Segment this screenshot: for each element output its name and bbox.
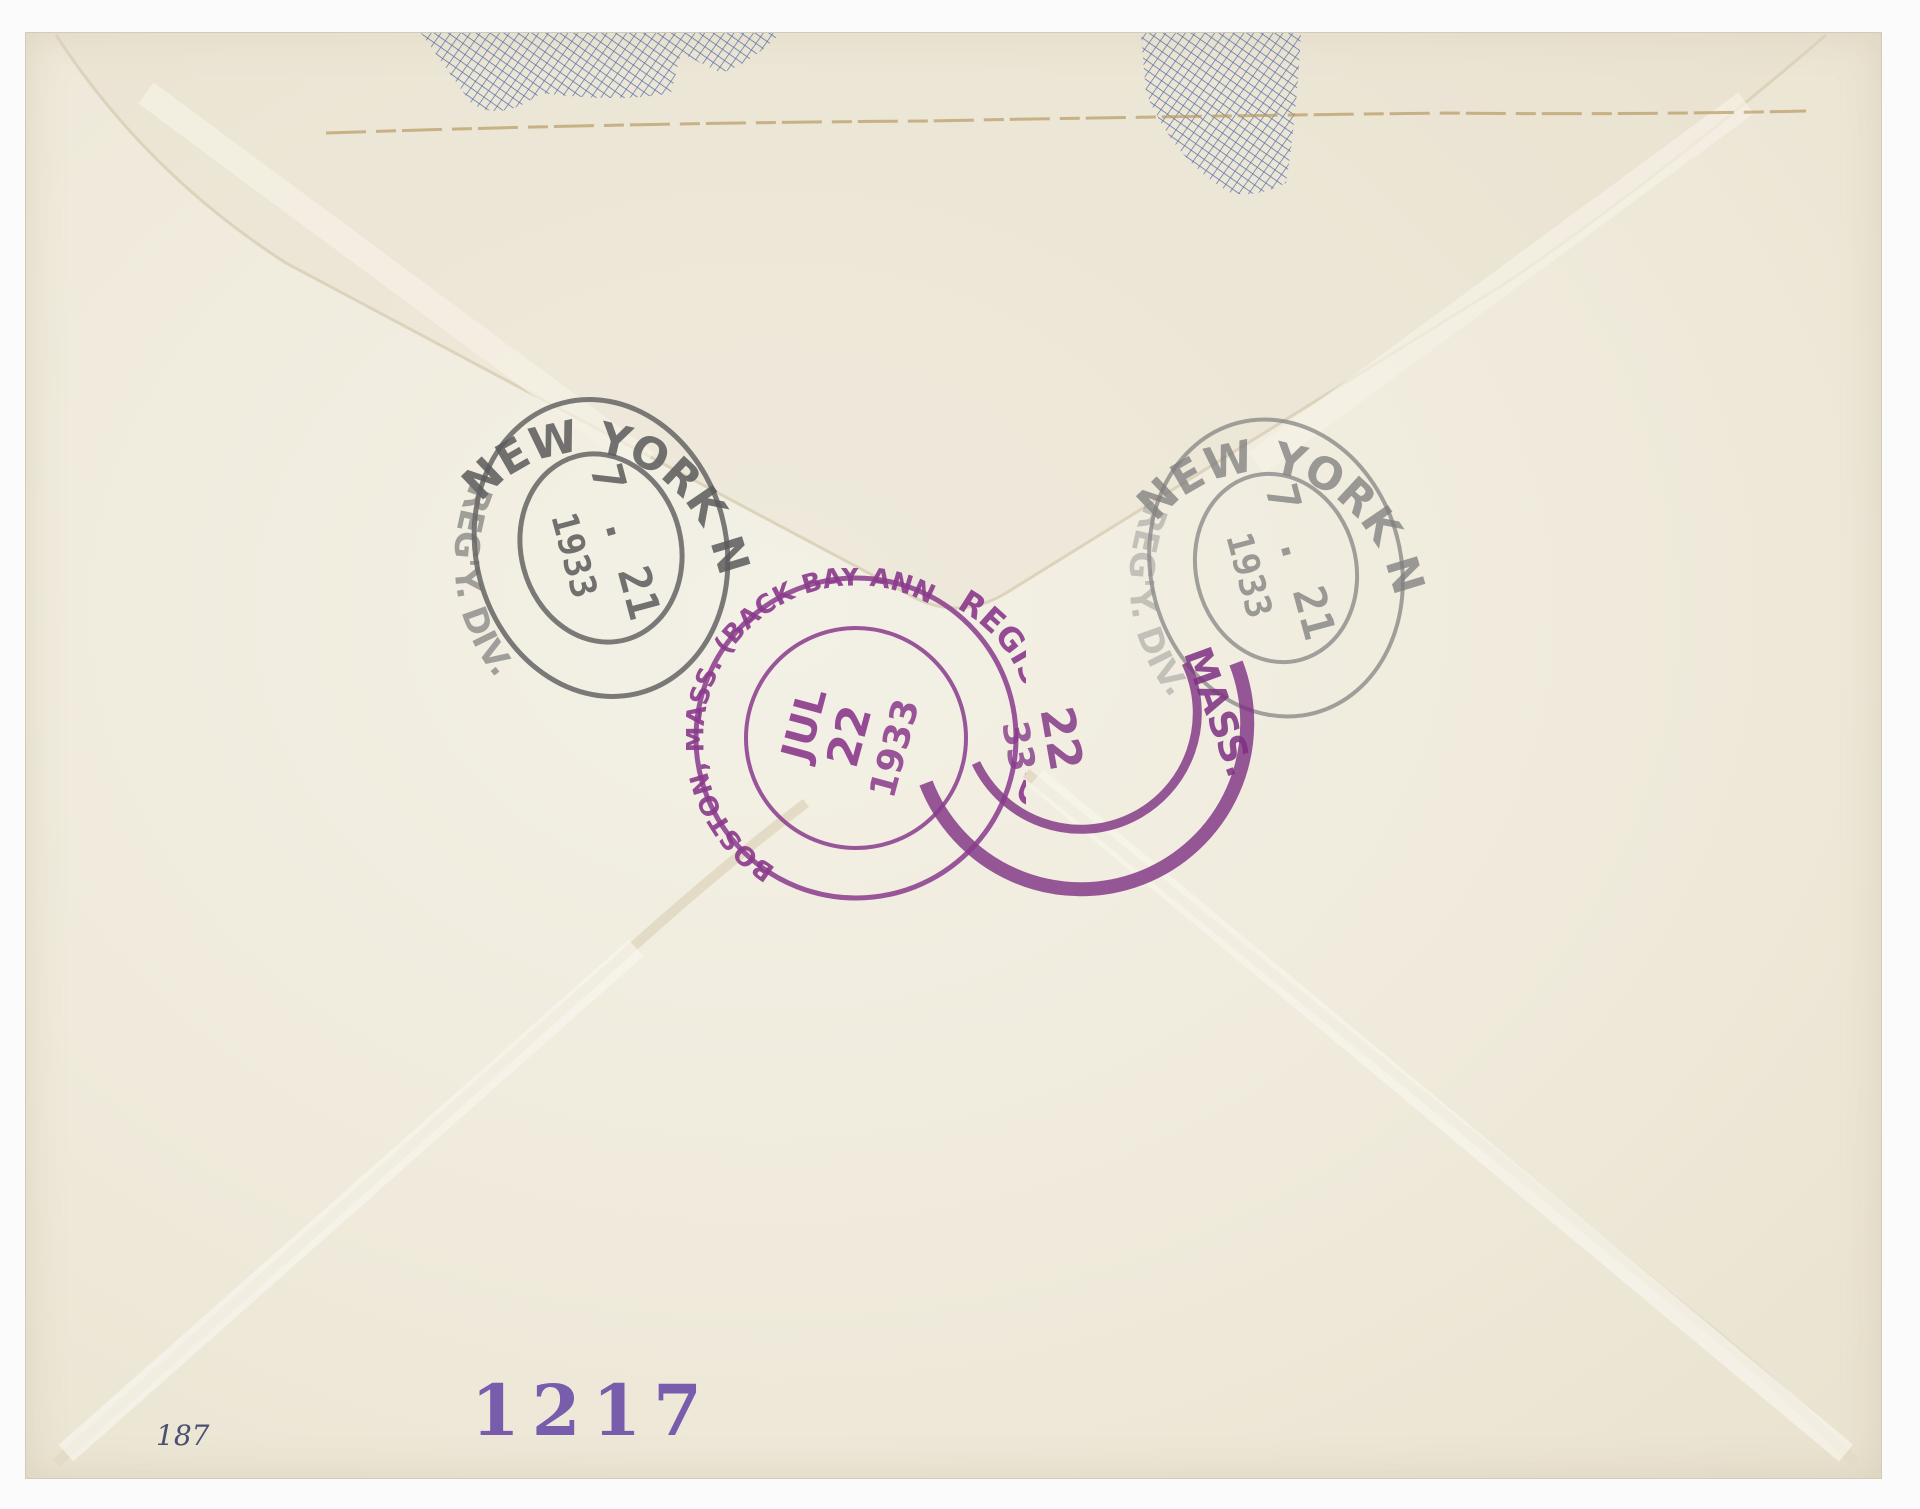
postmark-boston-back-bay-registered: BOSTON, MASS. (BACK BAY ANNEX) REGISTERE…: [686, 568, 1026, 908]
svg-text:REGISTERED: REGISTERED: [952, 582, 1026, 813]
envelope-back: 7 . 21 1933 NEW YORK N.Y. REG'Y. DIV. 7 …: [25, 32, 1882, 1479]
glue-stain: [326, 103, 1826, 153]
svg-text:REG'Y. DIV.: REG'Y. DIV.: [445, 480, 521, 684]
serial-number-stamp: 1217: [471, 1369, 714, 1452]
pencil-note: 187: [156, 1419, 209, 1452]
